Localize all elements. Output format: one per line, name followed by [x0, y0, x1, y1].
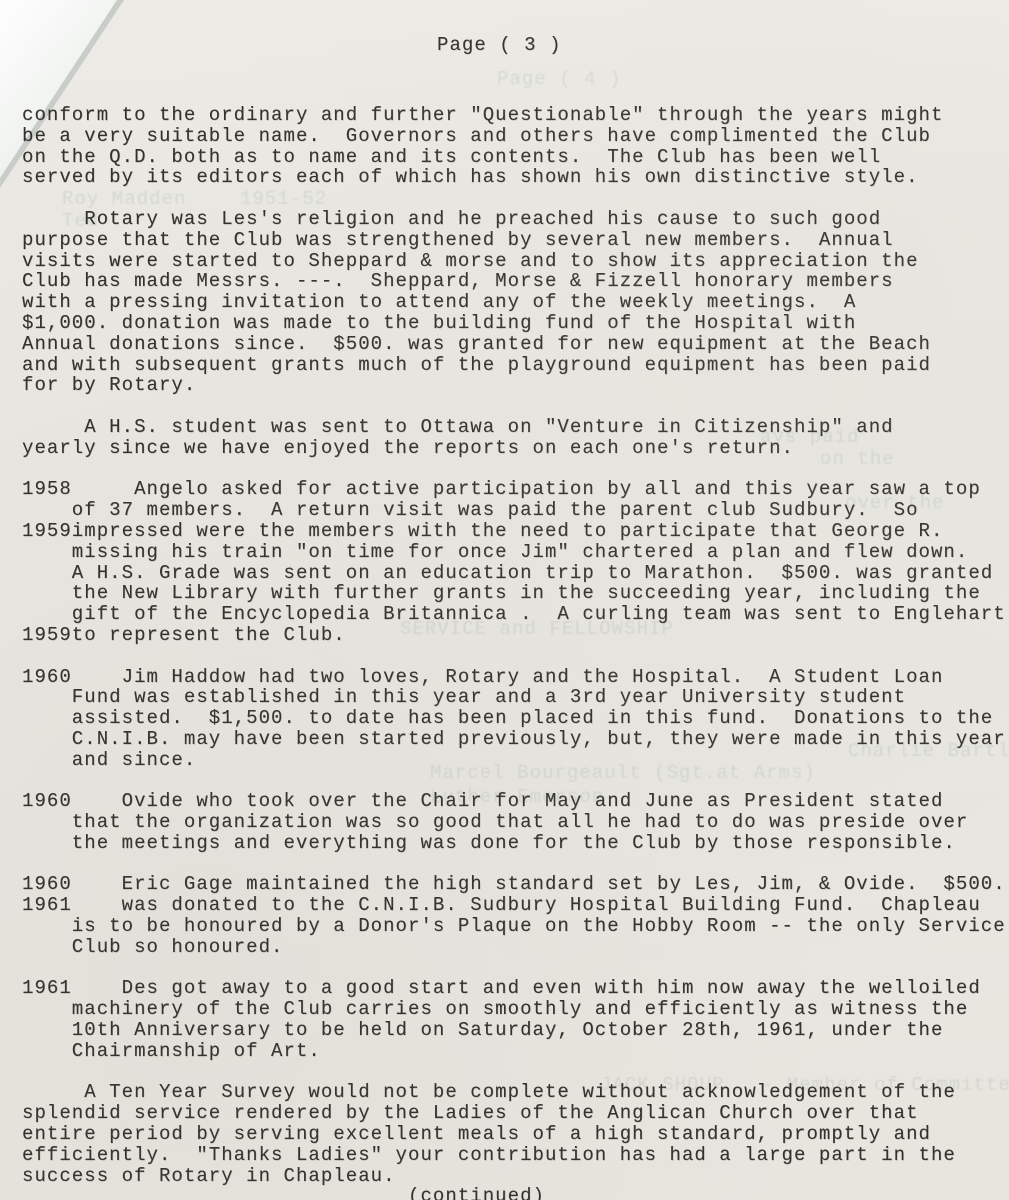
- page-number-header: Page ( 3 ): [437, 34, 562, 56]
- text-line: 1959to represent the Club.: [22, 625, 1009, 646]
- scanned-document-page: Page ( 4 )Roy Madden1951-52Tedays paidon…: [0, 0, 1009, 1200]
- text-line: (continued): [22, 1186, 1009, 1200]
- text-line: be a very suitable name. Governors and o…: [22, 126, 1009, 147]
- text-line: conform to the ordinary and further "Que…: [22, 105, 1009, 126]
- text-line: 1961 Des got away to a good start and ev…: [22, 978, 1009, 999]
- text-line: and since.: [22, 750, 1009, 771]
- text-line: efficiently. "Thanks Ladies" your contri…: [22, 1145, 1009, 1166]
- text-line: assisted. $1,500. to date has been place…: [22, 708, 1009, 729]
- text-line: for by Rotary.: [22, 375, 1009, 396]
- text-line: 1959impressed were the members with the …: [22, 521, 1009, 542]
- text-line: 1958 Angelo asked for active participati…: [22, 479, 1009, 500]
- text-line: yearly since we have enjoyed the reports…: [22, 438, 1009, 459]
- text-line: [22, 459, 1009, 480]
- text-line: served by its editors each of which has …: [22, 167, 1009, 188]
- ghost-text-fragment: Page ( 4 ): [497, 68, 622, 90]
- text-line: [22, 958, 1009, 979]
- text-line: [22, 188, 1009, 209]
- text-line: 1960 Jim Haddow had two loves, Rotary an…: [22, 667, 1009, 688]
- text-line: Annual donations since. $500. was grante…: [22, 334, 1009, 355]
- text-line: [22, 1062, 1009, 1083]
- text-line: 1961 was donated to the C.N.I.B. Sudbury…: [22, 895, 1009, 916]
- text-line: is to be honoured by a Donor's Plaque on…: [22, 916, 1009, 937]
- text-line: 1960 Ovide who took over the Chair for M…: [22, 791, 1009, 812]
- text-line: of 37 members. A return visit was paid t…: [22, 500, 1009, 521]
- text-line: missing his train "on time for once Jim"…: [22, 542, 1009, 563]
- text-line: Chairmanship of Art.: [22, 1041, 1009, 1062]
- text-line: [22, 646, 1009, 667]
- text-line: Fund was established in this year and a …: [22, 687, 1009, 708]
- text-line: on the Q.D. both as to name and its cont…: [22, 147, 1009, 168]
- text-line: machinery of the Club carries on smoothl…: [22, 999, 1009, 1020]
- text-line: [22, 854, 1009, 875]
- text-line: [22, 396, 1009, 417]
- text-line: splendid service rendered by the Ladies …: [22, 1103, 1009, 1124]
- typewritten-text-body: conform to the ordinary and further "Que…: [22, 105, 1009, 1200]
- text-line: Club has made Messrs. ---. Sheppard, Mor…: [22, 271, 1009, 292]
- text-line: gift of the Encyclopedia Britannica . A …: [22, 604, 1009, 625]
- text-line: A H.S. Grade was sent on an education tr…: [22, 563, 1009, 584]
- text-line: entire period by serving excellent meals…: [22, 1124, 1009, 1145]
- text-line: the meetings and everything was done for…: [22, 833, 1009, 854]
- text-line: success of Rotary in Chapleau.: [22, 1166, 1009, 1187]
- text-line: the New Library with further grants in t…: [22, 583, 1009, 604]
- text-line: 1960 Eric Gage maintained the high stand…: [22, 874, 1009, 895]
- text-line: A H.S. student was sent to Ottawa on "Ve…: [22, 417, 1009, 438]
- text-line: A Ten Year Survey would not be complete …: [22, 1082, 1009, 1103]
- text-line: visits were started to Sheppard & morse …: [22, 251, 1009, 272]
- text-line: 10th Anniversary to be held on Saturday,…: [22, 1020, 1009, 1041]
- text-line: with a pressing invitation to attend any…: [22, 292, 1009, 313]
- text-line: $1,000. donation was made to the buildin…: [22, 313, 1009, 334]
- text-line: and with subsequent grants much of the p…: [22, 355, 1009, 376]
- text-line: C.N.I.B. may have been started previousl…: [22, 729, 1009, 750]
- text-line: [22, 771, 1009, 792]
- text-line: Club so honoured.: [22, 937, 1009, 958]
- text-line: purpose that the Club was strengthened b…: [22, 230, 1009, 251]
- text-line: Rotary was Les's religion and he preache…: [22, 209, 1009, 230]
- text-line: that the organization was so good that a…: [22, 812, 1009, 833]
